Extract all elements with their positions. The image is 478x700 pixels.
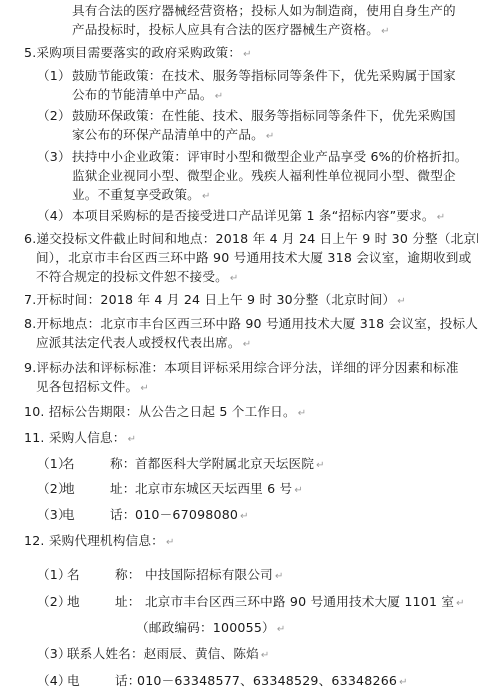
policy-item-line: 公布的节能清单中产品。↵ (72, 87, 223, 105)
purchaser-label: 话： (110, 507, 136, 523)
text: 11. 采购人信息： (24, 430, 126, 445)
paragraph-mark-icon: ↵ (240, 511, 249, 522)
text: 业。不重复享受政策。 (72, 187, 200, 202)
paragraph-mark-icon: ↵ (381, 26, 390, 37)
section-11-heading: 11. 采购人信息：↵ (24, 430, 136, 448)
policy-item-line: 鼓励环保政策：在性能、技术、服务等指标同等条件下，优先采购国 (72, 108, 456, 124)
agency-value: 北京市丰台区西三环中路 90 号通用技术大厦 1101 室↵ (145, 594, 465, 612)
purchaser-value: 首都医科大学附属北京天坛医院↵ (135, 456, 325, 474)
section-9-line: 见各包招标文件。↵ (36, 379, 149, 397)
section-9-line: 9.评标办法和评标标准：本项目评标采用综合评分法，详细的评分因素和标准 (24, 360, 459, 376)
paragraph-mark-icon: ↵ (266, 131, 275, 142)
section-8-line: 应派其法定代表人或授权代表出席。↵ (36, 335, 251, 353)
text: 家公布的环保产品清单中的产品。 (72, 127, 264, 142)
paragraph-mark-icon: ↵ (294, 485, 303, 496)
paragraph-mark-icon: ↵ (230, 273, 239, 284)
policy-item-line: 扶持中小企业政策：评审时小型和微型企业产品享受 6%的价格折扣。 (72, 149, 468, 165)
policy-item-line: 业。不重复享受政策。↵ (72, 187, 211, 205)
agency-postcode: （邮政编码：100055）↵ (136, 620, 285, 638)
text: 北京市丰台区西三环中路 90 号通用技术大厦 1101 室 (145, 594, 454, 609)
agency-label: 名 (67, 567, 80, 583)
text: 北京市东城区天坛西里 6 号 (135, 481, 292, 496)
intro-line: 具有合法的医疗器械经营资格；投标人如为制造商，使用自身生产的 (72, 3, 456, 19)
text: 7.开标时间：2018 年 4 月 24 日上午 9 时 30分整（北京时间） (24, 292, 395, 307)
section-8-line: 8.开标地点：北京市丰台区西三环中路 90 号通用技术大厦 318 会议室，投标… (24, 316, 478, 332)
agency-label: 址： (115, 594, 141, 610)
value: 赵雨辰、黄信、陈焰 (144, 646, 259, 661)
text: 中技国际招标有限公司 (145, 567, 273, 582)
text: 010－63348577、63348529、63348266 (137, 673, 397, 688)
text: 5.采购项目需要落实的政府采购政策： (24, 45, 241, 60)
text: 公布的节能清单中产品。 (72, 87, 213, 102)
policy-item-line: 鼓励节能政策：在技术、服务等指标同等条件下，优先采购属于国家 (72, 68, 456, 84)
paragraph-mark-icon: ↵ (399, 677, 408, 688)
purchaser-label: 称： (110, 456, 136, 472)
paragraph-mark-icon: ↵ (437, 212, 446, 223)
policy-item-num: （3） (37, 149, 71, 165)
purchaser-label: 电 (62, 507, 75, 523)
policy-item-line: 家公布的环保产品清单中的产品。↵ (72, 127, 275, 145)
label: 联系人姓名： (67, 646, 144, 661)
agency-item-num: （1） (37, 567, 71, 583)
section-6-line: 间），北京市丰台区西三环中路 90 号通用技术大厦 318 会议室，逾期收到或 (36, 250, 471, 266)
section-5-heading: 5.采购项目需要落实的政府采购政策：↵ (24, 45, 252, 63)
paragraph-mark-icon: ↵ (298, 408, 307, 419)
agency-value: 中技国际招标有限公司↵ (145, 567, 284, 585)
policy-item-line: 本项目采购标的是否接受进口产品详见第 1 条“招标内容”要求。↵ (72, 208, 445, 226)
paragraph-mark-icon: ↵ (316, 460, 325, 471)
text: （邮政编码：100055） (136, 620, 275, 635)
paragraph-mark-icon: ↵ (275, 571, 284, 582)
paragraph-mark-icon: ↵ (243, 339, 252, 350)
agency-label: 地 (67, 594, 80, 610)
section-10-line: 10. 招标公告期限：从公告之日起 5 个工作日。↵ (24, 404, 306, 422)
paragraph-mark-icon: ↵ (202, 191, 211, 202)
text: 12. 采购代理机构信息： (24, 533, 164, 548)
text: 不符合规定的投标文件恕不接受。 (36, 269, 228, 284)
paragraph-mark-icon: ↵ (166, 537, 175, 548)
intro-line: 产品投标时，投标人应具有合法的医疗器械生产资格。↵ (72, 22, 390, 40)
policy-item-num: （2） (37, 108, 71, 124)
paragraph-mark-icon: ↵ (456, 598, 465, 609)
paragraph-mark-icon: ↵ (128, 434, 137, 445)
paragraph-mark-icon: ↵ (277, 624, 286, 635)
agency-label: 称： (115, 567, 141, 583)
section-6-line: 6.递交投标文件截止时间和地点：2018 年 4 月 24 日上午 9 时 30… (24, 231, 478, 247)
agency-value: 010－63348577、63348529、63348266↵ (137, 673, 408, 691)
text: 产品投标时，投标人应具有合法的医疗器械生产资格。 (72, 22, 379, 37)
section-6-line: 不符合规定的投标文件恕不接受。↵ (36, 269, 239, 287)
text: 首都医科大学附属北京天坛医院 (135, 456, 314, 471)
purchaser-value: 010－67098080↵ (135, 507, 249, 525)
section-7-line: 7.开标时间：2018 年 4 月 24 日上午 9 时 30分整（北京时间）↵ (24, 292, 406, 310)
paragraph-mark-icon: ↵ (397, 296, 406, 307)
policy-item-line: 监狱企业视同小型、微型企业。残疾人福利性单位视同小型、微型企 (72, 168, 456, 184)
purchaser-label: 地 (62, 481, 75, 497)
purchaser-label: 址： (110, 481, 136, 497)
purchaser-label: 名 (62, 456, 75, 472)
text: 本项目采购标的是否接受进口产品详见第 1 条“招标内容”要求。 (72, 208, 435, 223)
policy-item-num: （1） (37, 68, 71, 84)
text: 具有合法的医疗器械经营资格；投标人如为制造商，使用自身生产的 (72, 3, 456, 18)
paragraph-mark-icon: ↵ (140, 383, 149, 394)
paragraph-mark-icon: ↵ (261, 650, 270, 661)
text: 应派其法定代表人或授权代表出席。 (36, 335, 241, 350)
agency-item-num: （2） (37, 594, 71, 610)
agency-item-num: （3） (37, 646, 71, 662)
policy-item-num: （4） (37, 208, 71, 224)
text: 010－67098080 (135, 507, 238, 522)
paragraph-mark-icon: ↵ (215, 91, 224, 102)
paragraph-mark-icon: ↵ (243, 49, 252, 60)
purchaser-value: 北京市东城区天坛西里 6 号↵ (135, 481, 303, 499)
agency-item-num: （4） (37, 673, 71, 689)
section-12-heading: 12. 采购代理机构信息：↵ (24, 533, 175, 551)
agency-contact: 联系人姓名：赵雨辰、黄信、陈焰↵ (67, 646, 270, 664)
agency-label: 电 (67, 673, 80, 689)
text: 10. 招标公告期限：从公告之日起 5 个工作日。 (24, 404, 296, 419)
text: 见各包招标文件。 (36, 379, 138, 394)
